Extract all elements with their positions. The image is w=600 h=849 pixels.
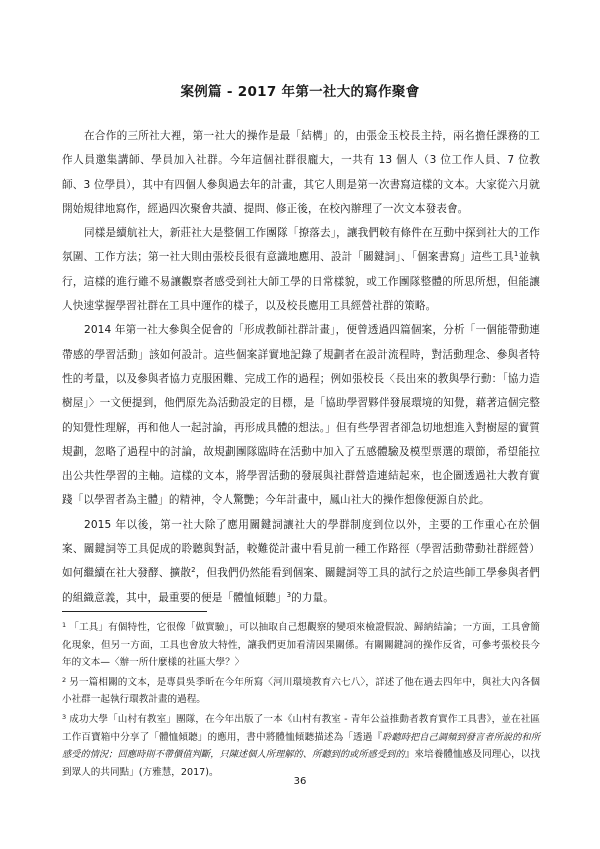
footnote-text: 另一篇相關的文本，是專員吳季昕在今年所寫〈河川環境教育六七八〉，詳述了他在過去四… — [62, 677, 540, 706]
body-text: 在合作的三所社大裡，第一社大的操作是最「結構」的，由張金玉校長主持，兩名擔任課務… — [62, 124, 540, 610]
footnote-1: 1「工具」有個特性，它很像「做實驗」，可以抽取自己想觀察的變項來檢證假說、歸納結… — [62, 617, 540, 672]
paragraph-1: 在合作的三所社大裡，第一社大的操作是最「結構」的，由張金玉校長主持，兩名擔任課務… — [62, 124, 540, 221]
footnotes: 1「工具」有個特性，它很像「做實驗」，可以抽取自己想觀察的變項來檢證假說、歸納結… — [62, 617, 540, 781]
document-page: 案例篇 - 2017 年第一社大的寫作聚會 在合作的三所社大裡，第一社大的操作是… — [0, 0, 600, 849]
paragraph-3: 2014 年第一社大參與全促會的「形成教師社群計畫」，便曾透過四篇個案，分析「一… — [62, 318, 540, 512]
footnote-number: 3 — [62, 713, 66, 721]
paragraph-2: 同樣是續航社大，新莊社大是整個工作團隊「撩落去」，讓我們較有條件在互動中探到社大… — [62, 221, 540, 318]
footnote-number: 2 — [62, 676, 66, 684]
footnote-separator — [62, 611, 207, 612]
footnote-number: 1 — [62, 621, 66, 629]
paragraph-2-text-a: 同樣是續航社大，新莊社大是整個工作團隊「撩落去」，讓我們較有條件在互動中探到社大… — [62, 227, 540, 263]
paragraph-4-text-c: 的力量。 — [291, 592, 334, 604]
footnote-text: 「工具」有個特性，它很像「做實驗」，可以抽取自己想觀察的變項來檢證假說、歸納結論… — [62, 622, 540, 668]
page-title: 案例篇 - 2017 年第一社大的寫作聚會 — [0, 80, 600, 100]
footnote-2: 2另一篇相關的文本，是專員吳季昕在今年所寫〈河川環境教育六七八〉，詳述了他在過去… — [62, 672, 540, 709]
footnote-3: 3成功大學「山村有教室」團隊，在今年出版了一本《山村有教室 - 青年公益推動者教… — [62, 709, 540, 781]
paragraph-4: 2015 年以後，第一社大除了應用關鍵詞讓社大的學群制度到位以外，主要的工作重心… — [62, 513, 540, 610]
page-number: 36 — [0, 776, 600, 787]
